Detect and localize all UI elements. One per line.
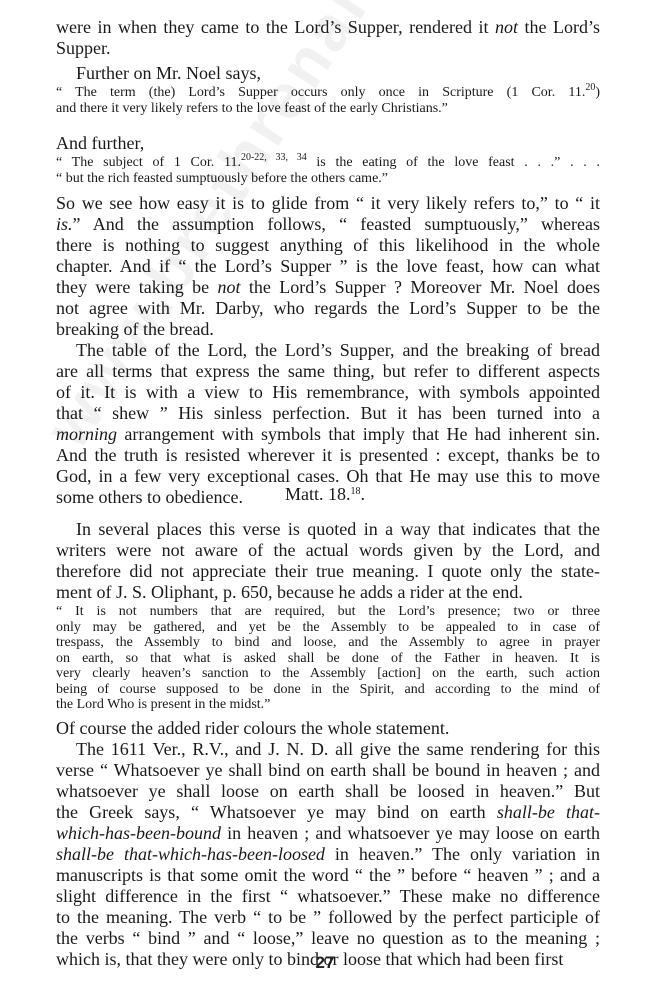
text-line: “ The subject of 1 Cor. 11.20-22, 33, 34… (56, 155, 600, 171)
paragraph-rider: Of course the added rider colours the wh… (56, 718, 600, 739)
blockquote-oliphant: “ It is not numbers that are required, b… (56, 604, 600, 713)
text-line: the Lord Who is present in the midst.” (56, 697, 600, 713)
text-line: In several places this verse is quoted i… (56, 519, 600, 540)
text-line: of it. It is with a view to His remembra… (56, 382, 600, 403)
text-line: which-has-been-bound in heaven ; and wha… (56, 823, 600, 844)
text-line: shall-be that-which-has-been-loosed in h… (56, 844, 600, 865)
text-line: only may be gathered, and yet be the Ass… (56, 620, 600, 636)
text-line: were in when they came to the Lord’s Sup… (56, 17, 600, 38)
paragraph-continuation: were in when they came to the Lord’s Sup… (56, 17, 600, 59)
text-line: are all terms that express the same thin… (56, 361, 600, 382)
text-line: morning arrangement with symbols that im… (56, 424, 600, 445)
text-line: slight difference in the first “ whatsoe… (56, 886, 600, 907)
text-line: Supper. (56, 38, 600, 59)
page-number: 27 (0, 953, 650, 973)
text-line: that “ shew ” His sinless perfection. Bu… (56, 403, 600, 424)
text-line: And the truth is resisted wherever it is… (56, 445, 600, 466)
text-line: So we see how easy it is to glide from “… (56, 193, 600, 214)
text-line: whatsoever ye shall loose on earth shall… (56, 781, 600, 802)
text-line: and there it very likely refers to the l… (56, 101, 600, 117)
paragraph-several-places: In several places this verse is quoted i… (56, 519, 600, 603)
paragraph-and-further: And further, (56, 133, 600, 154)
text-line: the Greek says, “ Whatsoever ye may bind… (56, 802, 600, 823)
text-line: writers were not aware of the actual wor… (56, 540, 600, 561)
text-line: “ but the rich feasted sumptuously befor… (56, 171, 600, 187)
text-line: chapter. And if “ the Lord’s Supper ” is… (56, 256, 600, 277)
section-heading: Matt. 18.18. (0, 484, 650, 505)
text-line: Further on Mr. Noel says, (56, 63, 600, 84)
text-line: being of course supposed to be done in t… (56, 682, 600, 698)
text-line: very clearly heaven’s sanction to the As… (56, 666, 600, 682)
text-line: trespass, the Assembly to bind and loose… (56, 635, 600, 651)
text-line: ment of J. S. Oliphant, p. 650, because … (56, 582, 600, 603)
text-line: And further, (56, 133, 600, 154)
text-line: The table of the Lord, the Lord’s Supper… (56, 340, 600, 361)
paragraph-further-on: Further on Mr. Noel says, (56, 63, 600, 84)
text-line: verse “ Whatsoever ye shall bind on eart… (56, 760, 600, 781)
paragraph-table-of-lord: The table of the Lord, the Lord’s Supper… (56, 340, 600, 508)
paragraph-1611: The 1611 Ver., R.V., and J. N. D. all gi… (56, 739, 600, 970)
text-line: to the meaning. The verb “ to be ” follo… (56, 907, 600, 928)
text-line: “ It is not numbers that are required, b… (56, 604, 600, 620)
paragraph-glide: So we see how easy it is to glide from “… (56, 193, 600, 340)
text-line: they were taking be not the Lord’s Suppe… (56, 277, 600, 298)
text-line: not agree with Mr. Darby, who regards th… (56, 298, 600, 319)
text-line: manuscripts is that some omit the word “… (56, 865, 600, 886)
text-line: Of course the added rider colours the wh… (56, 718, 600, 739)
text-line: The 1611 Ver., R.V., and J. N. D. all gi… (56, 739, 600, 760)
text-line: on earth, so that what is asked shall be… (56, 651, 600, 667)
text-line: the verbs “ bind ” and “ loose,” leave n… (56, 928, 600, 949)
blockquote-noel-1: “ The term (the) Lord’s Supper occurs on… (56, 85, 600, 116)
text-line: therefore did not appreciate their true … (56, 561, 600, 582)
text-line: there is nothing to suggest anything of … (56, 235, 600, 256)
text-line: breaking of the bread. (56, 319, 600, 340)
document-page: www.brethrenarchive.org were in when the… (0, 0, 650, 993)
text-line: is.” And the assumption follows, “ feast… (56, 214, 600, 235)
text-line: “ The term (the) Lord’s Supper occurs on… (56, 85, 600, 101)
blockquote-noel-2: “ The subject of 1 Cor. 11.20-22, 33, 34… (56, 155, 600, 186)
